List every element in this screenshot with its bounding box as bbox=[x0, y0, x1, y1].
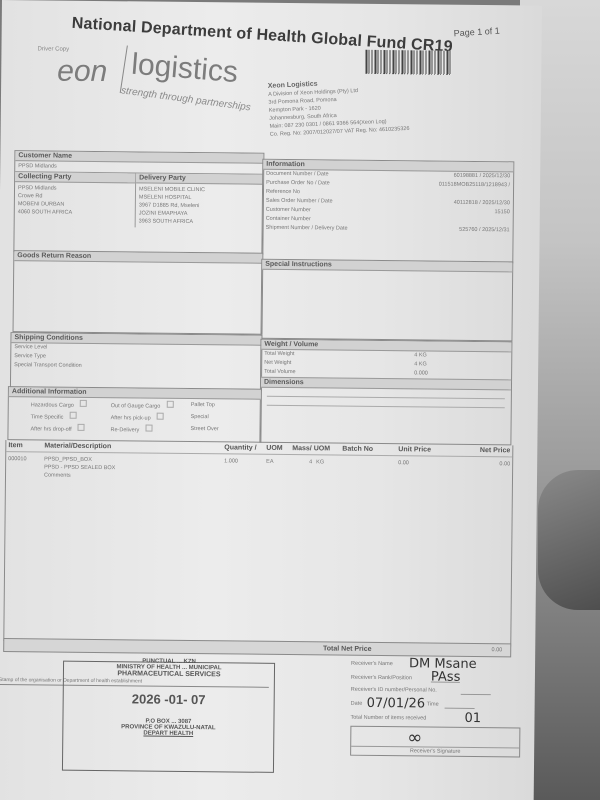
page-indicator: Page 1 of 1 bbox=[453, 26, 500, 39]
receiver-name-field[interactable]: DM Msane bbox=[409, 660, 477, 669]
option-label: Re-Delivery bbox=[110, 427, 139, 433]
receiver-date-field[interactable]: 07/01/26 bbox=[367, 700, 427, 709]
info-value: 15150 bbox=[494, 209, 509, 216]
total-net-price-label: Total Net Price bbox=[323, 645, 372, 653]
signature-icon: ∞ bbox=[407, 727, 422, 748]
option-after-hrs-pickup[interactable]: After hrs pick-up bbox=[111, 412, 191, 423]
items-table: Item Material/Description Quantity / UOM… bbox=[3, 440, 513, 646]
delivery-note-document: National Department of Health Global Fun… bbox=[0, 0, 542, 800]
logo-logistics: logistics bbox=[130, 48, 239, 90]
shipping-label: Service Type bbox=[14, 353, 46, 360]
stamp-line: DEPART HEALTH bbox=[63, 730, 273, 738]
table-row: 000010 PPSD_PPSD_BOX PPSD - PPSD SEALED … bbox=[6, 452, 512, 487]
weight-value: 4 KG bbox=[414, 352, 427, 359]
signature-box[interactable]: ∞ Receiver's Signature bbox=[350, 726, 520, 758]
col-unit-price: Unit Price bbox=[398, 446, 458, 454]
col-material: Material/Description bbox=[44, 442, 224, 451]
col-quantity: Quantity / bbox=[224, 444, 266, 451]
info-row: Shipment Number / Delivery Date525760 / … bbox=[263, 224, 513, 236]
receiver-rank-field[interactable]: PAss bbox=[431, 674, 461, 683]
items-received-field[interactable]: 01 bbox=[464, 715, 481, 723]
info-label: Customer Number bbox=[266, 207, 311, 214]
weight-volume-section: Weight / Volume Total Weight4 KG Net Wei… bbox=[259, 339, 512, 446]
receiver-time-label: Time bbox=[427, 700, 445, 708]
info-label: Purchase Order No / Date bbox=[266, 180, 330, 188]
receiver-id-label: Receiver's ID number/Personal No. bbox=[351, 686, 461, 695]
shipping-row: Special Transport Condition bbox=[11, 361, 261, 373]
option-hazardous-cargo[interactable]: Hazardous Cargo bbox=[31, 399, 111, 410]
shipping-label: Service Level bbox=[14, 344, 47, 351]
option-after-hrs-dropoff[interactable]: After hrs drop-off bbox=[30, 423, 110, 434]
checkbox[interactable] bbox=[166, 401, 173, 408]
info-label: Sales Order Number / Date bbox=[266, 198, 333, 206]
item-comment: Comments bbox=[44, 471, 224, 481]
col-uom: UOM bbox=[266, 445, 292, 452]
goods-return-section: Goods Return Reason bbox=[13, 250, 264, 335]
col-batch: Batch No bbox=[342, 446, 398, 454]
checkbox[interactable] bbox=[145, 425, 152, 432]
option-street-over[interactable]: Street Over bbox=[190, 425, 238, 436]
option-time-specific[interactable]: Time Specific bbox=[31, 411, 111, 422]
information-section: Information Document Number / Date601988… bbox=[261, 159, 514, 264]
receiver-name-row: Receiver's NameDM Msane bbox=[351, 654, 521, 670]
receiver-date-row: Date07/01/26Time bbox=[351, 694, 521, 710]
checkbox[interactable] bbox=[157, 413, 164, 420]
info-label: Reference No bbox=[266, 189, 300, 196]
item-mass: 4 bbox=[292, 458, 316, 482]
receiver-rank-label: Receiver's Rank/Position bbox=[351, 674, 431, 683]
option-re-delivery[interactable]: Re-Delivery bbox=[110, 424, 190, 435]
barcode-icon bbox=[365, 50, 451, 75]
item-quantity: 1.000 bbox=[224, 457, 266, 481]
col-net-price: Net Price bbox=[458, 447, 510, 455]
checkbox[interactable] bbox=[78, 424, 85, 431]
item-batch bbox=[342, 459, 398, 484]
special-instructions-section: Special Instructions bbox=[260, 259, 513, 342]
info-label: Shipment Number / Delivery Date bbox=[266, 225, 348, 233]
collecting-party-address: PPSD Midlands Crowe Rd MOBENI DURBAN 406… bbox=[15, 182, 135, 219]
info-value: 525760 / 2025/12/31 bbox=[459, 227, 510, 235]
item-material-cell: PPSD_PPSD_BOX PPSD - PPSD SEALED BOX Com… bbox=[44, 455, 224, 481]
item-number: 000010 bbox=[8, 455, 44, 479]
stamp-line: PHARMACEUTICAL SERVICES bbox=[64, 670, 274, 679]
collecting-party: Collecting Party PPSD Midlands Crowe Rd … bbox=[15, 172, 137, 227]
col-item: Item bbox=[8, 442, 44, 449]
weight-value: 4 KG bbox=[414, 361, 427, 368]
receiver-name-label: Receiver's Name bbox=[351, 660, 409, 669]
info-value: 40112818 / 2025/12/30 bbox=[454, 200, 510, 208]
info-value: 60198881 / 2025/12/30 bbox=[454, 173, 511, 181]
option-label: Hazardous Cargo bbox=[31, 402, 74, 408]
customer-section: Customer Name PPSD Midlands Collecting P… bbox=[13, 150, 264, 255]
receiver-date-label: Date bbox=[351, 700, 367, 708]
info-label: Container Number bbox=[266, 216, 311, 223]
delivery-party: Delivery Party MSELENI MOBILE CLINIC MSE… bbox=[136, 173, 264, 228]
option-out-of-gauge[interactable]: Out of Gauge Cargo bbox=[111, 400, 191, 411]
col-mass-uom: Mass/ UOM bbox=[292, 445, 342, 453]
item-net-price: 0.00 bbox=[458, 460, 510, 485]
items-received-label: Total Number of items received bbox=[350, 714, 450, 723]
dimensions-line bbox=[267, 396, 505, 399]
total-net-price-value: 0.00 bbox=[491, 646, 502, 654]
weight-value: 0.000 bbox=[414, 370, 428, 377]
option-label: Out of Gauge Cargo bbox=[111, 403, 161, 410]
option-label: After hrs drop-off bbox=[30, 426, 71, 432]
checkbox[interactable] bbox=[80, 400, 87, 407]
goods-return-header: Goods Return Reason bbox=[14, 251, 262, 264]
dimensions-header: Dimensions bbox=[261, 377, 511, 391]
option-special[interactable]: Special bbox=[191, 413, 239, 424]
additional-info-section: Additional Information Hazardous Cargo O… bbox=[7, 386, 262, 443]
delivery-party-address: MSELENI MOBILE CLINIC MSELENI HOSPITAL 3… bbox=[136, 183, 263, 228]
info-value: 011518MOB25118/1218943 / bbox=[439, 182, 510, 190]
checkbox[interactable] bbox=[69, 412, 76, 419]
item-uom: EA bbox=[266, 458, 292, 482]
address-line: 3963 SOUTH AFRICA bbox=[139, 217, 260, 226]
holding-hand bbox=[538, 470, 600, 610]
stamp-date: 2026 -01- 07 bbox=[64, 691, 274, 708]
additional-options: Hazardous Cargo Out of Gauge Cargo Palle… bbox=[8, 397, 260, 438]
address-line: 4060 SOUTH AFRICA bbox=[18, 208, 132, 217]
receiver-section: Receiver's NameDM Msane Receiver's Rank/… bbox=[350, 654, 521, 758]
option-label: Time Specific bbox=[31, 414, 64, 420]
signature-label: Receiver's Signature bbox=[351, 746, 519, 757]
receiver-rank-row: Receiver's Rank/PositionPAss bbox=[351, 668, 521, 684]
official-stamp: PUNCTUAL ... KZN MINISTRY OF HEALTH ... … bbox=[62, 661, 275, 773]
special-instructions-header: Special Instructions bbox=[262, 260, 512, 273]
item-mass-uom: KG bbox=[316, 458, 342, 482]
logo-eon: eon bbox=[57, 55, 107, 90]
item-unit-price: 0.00 bbox=[398, 459, 458, 484]
shipping-label: Special Transport Condition bbox=[14, 362, 82, 370]
copy-label: Driver Copy bbox=[37, 46, 69, 52]
option-label: After hrs pick-up bbox=[111, 415, 151, 421]
option-pallet-top[interactable]: Pallet Top bbox=[191, 401, 239, 412]
shipping-conditions-section: Shipping Conditions Service Level Servic… bbox=[10, 332, 263, 391]
company-address: Xeon Logistics A Division of Xeon Holdin… bbox=[268, 77, 410, 139]
dimensions-line bbox=[267, 405, 505, 408]
info-label: Document Number / Date bbox=[266, 171, 328, 179]
